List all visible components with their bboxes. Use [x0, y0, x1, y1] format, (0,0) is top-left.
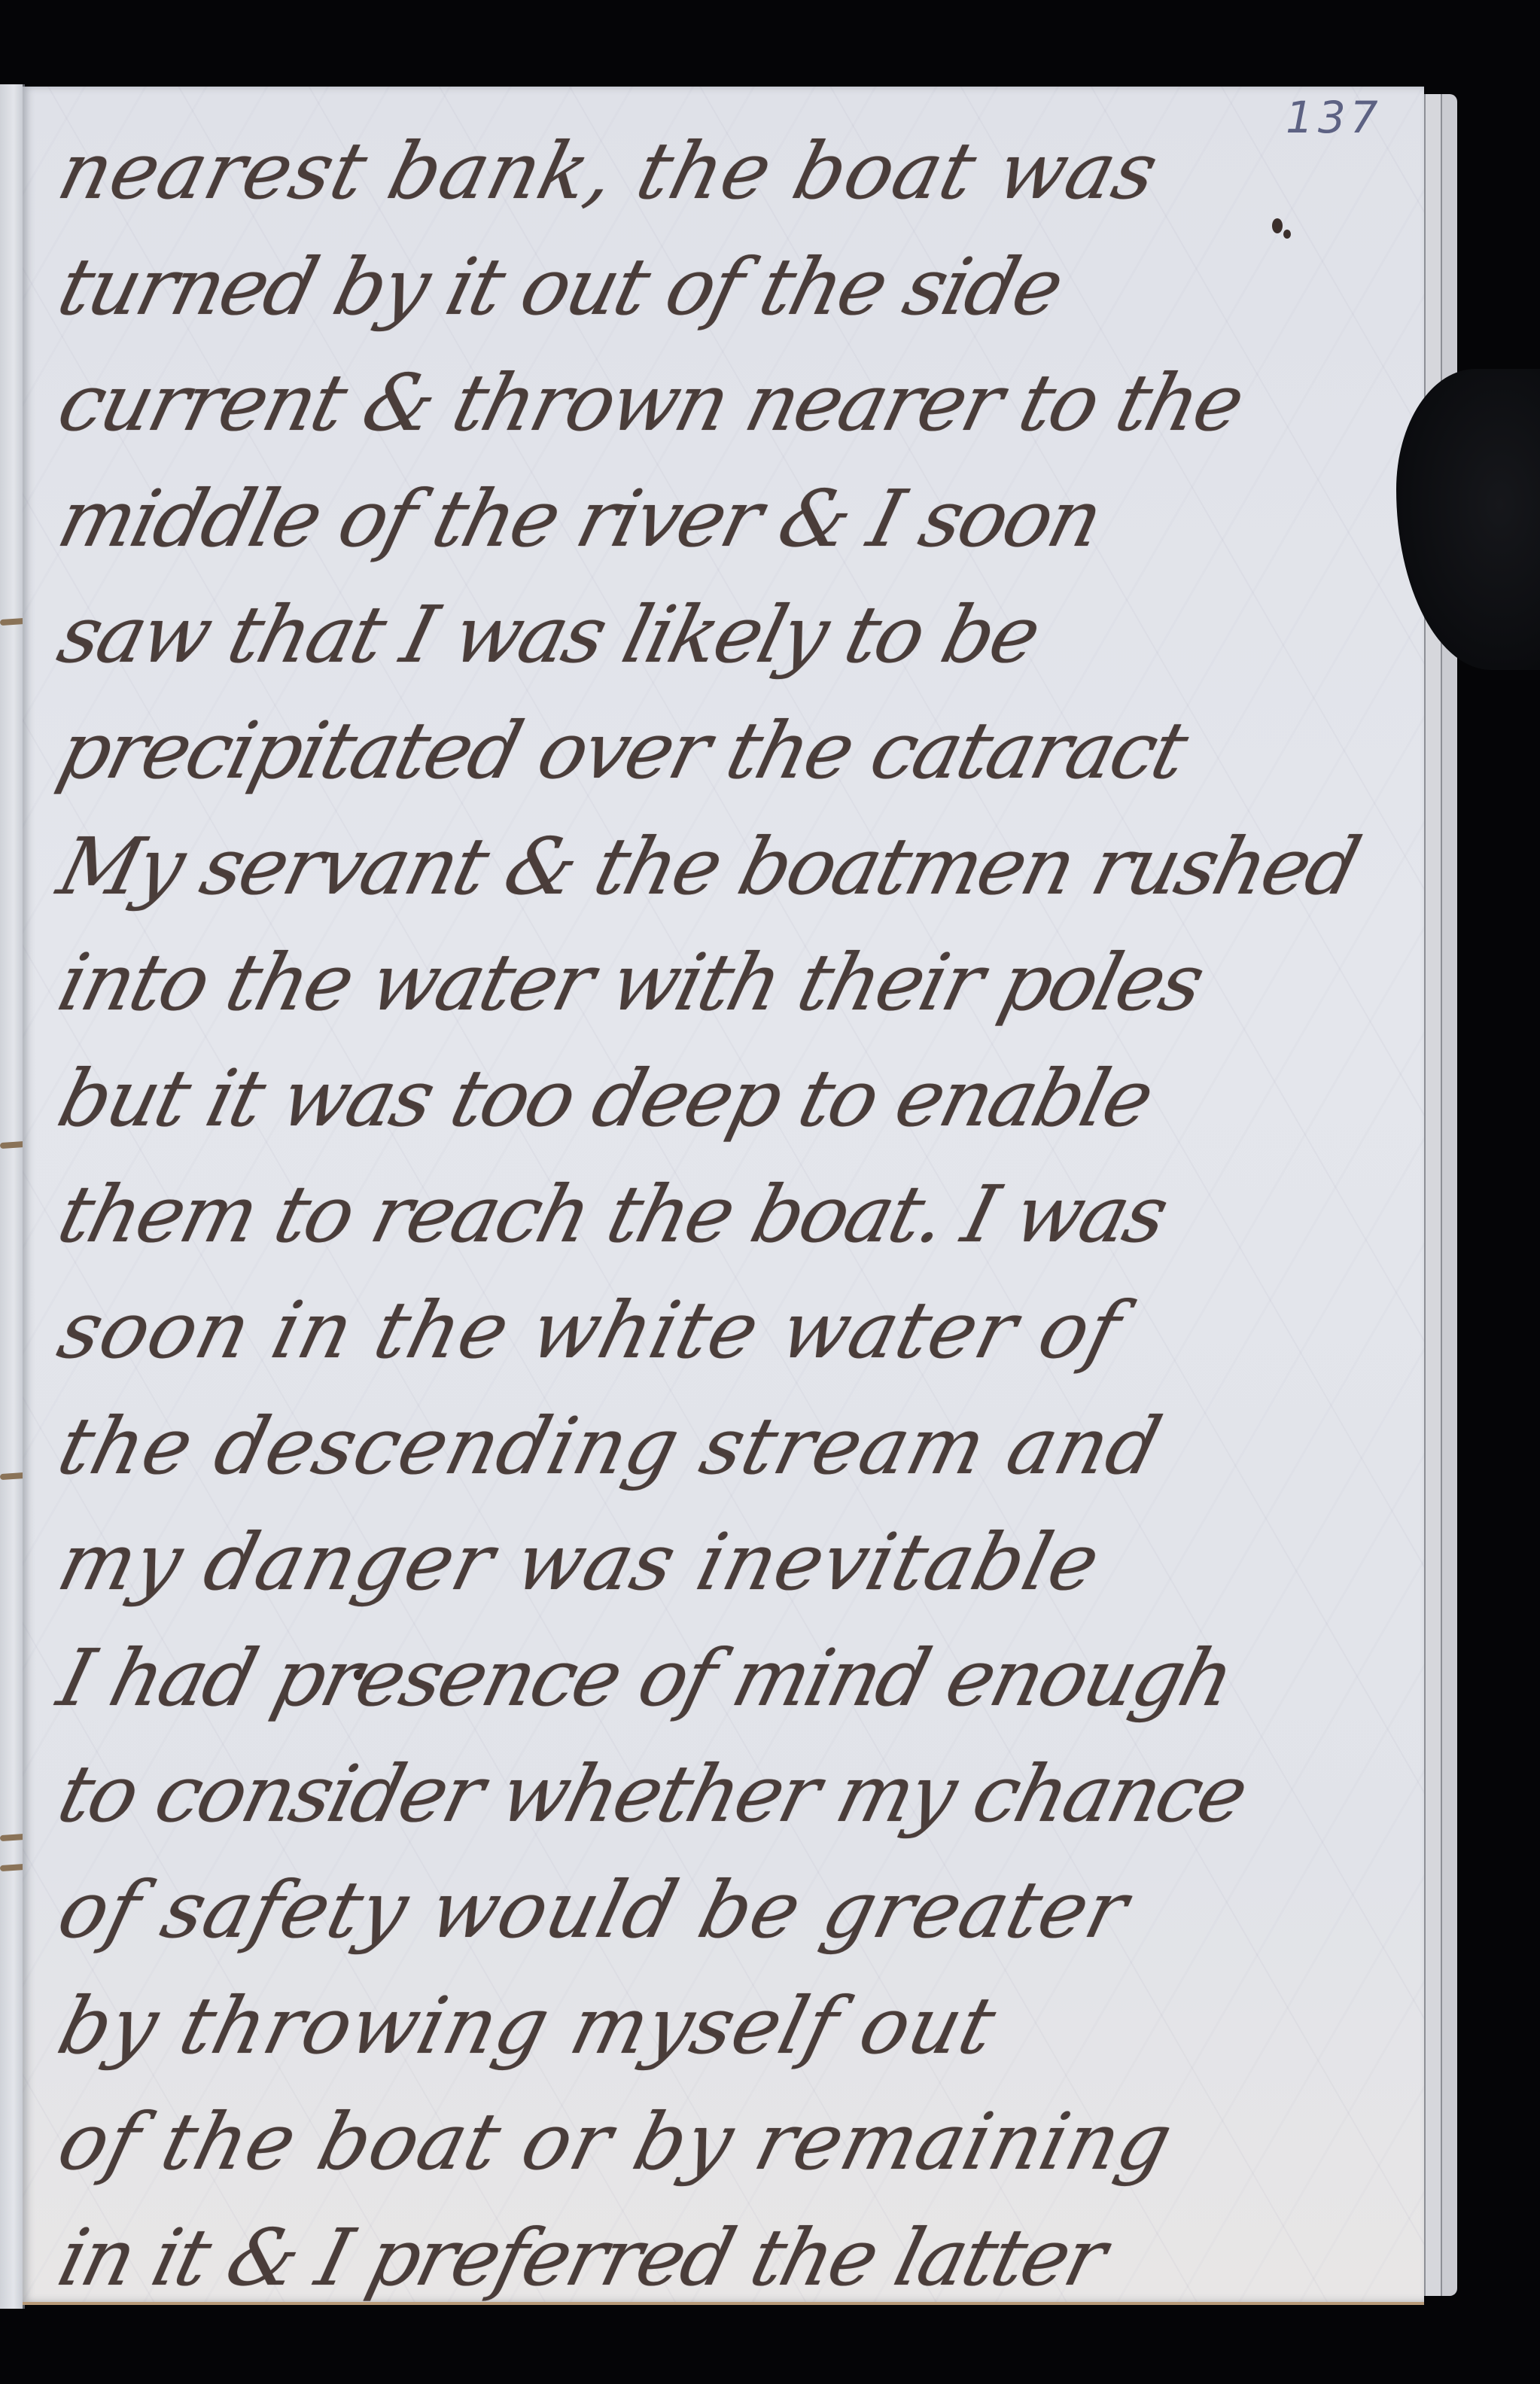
text-line: in it & I preferred the latter: [47, 2200, 1438, 2315]
text-line: My servant & the boatmen rushed: [47, 808, 1438, 924]
text-line: precipitated over the cataract: [47, 693, 1438, 808]
binding-spine: [0, 84, 25, 2309]
text-line: of safety would be greater: [47, 1852, 1438, 1968]
text-line: turned by it out of the side: [47, 229, 1438, 345]
text-line: middle of the river & I soon: [47, 461, 1438, 577]
text-line: by throwing myself out: [47, 1968, 1438, 2084]
text-line: my danger was inevitable: [47, 1504, 1438, 1620]
manuscript-scan: 137 nearest bank, the boat was turned by…: [0, 0, 1540, 2384]
text-line: the descending stream and: [47, 1388, 1438, 1504]
text-line: nearest bank, the boat was: [47, 113, 1438, 229]
handwritten-text: nearest bank, the boat was turned by it …: [47, 113, 1409, 2315]
text-line: but it was too deep to enable: [47, 1040, 1438, 1156]
text-line: to consider whether my chance: [47, 1736, 1438, 1852]
text-line: current & thrown nearer to the: [47, 345, 1438, 461]
text-line: soon in the white water of: [47, 1272, 1438, 1388]
text-line: of the boat or by remaining: [47, 2084, 1438, 2200]
text-line: I had presence of mind enough: [47, 1620, 1438, 1736]
text-line: saw that I was likely to be: [47, 577, 1438, 693]
text-line: into the water with their poles: [47, 924, 1438, 1040]
text-line: them to reach the boat. I was: [47, 1156, 1438, 1272]
